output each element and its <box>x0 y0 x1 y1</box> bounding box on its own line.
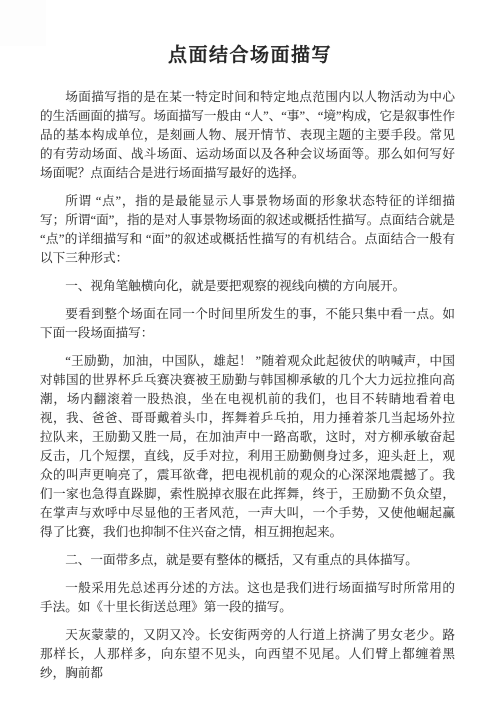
paragraph-example-pingpong: “王励勤，加油，中国队，雄起！ ”随着观众此起彼伏的呐喊声，中国对韩国的世界杯乒… <box>40 352 455 542</box>
document-title: 点面结合场面描写 <box>0 0 500 67</box>
paragraph-point-surface-definition: 所谓 “点”，指的是最能显示人事景物场面的形象状态特征的详细描写；所谓“面”，指… <box>40 192 455 268</box>
paragraph-scene-definition: 场面描写指的是在某一特定时间和特定地点范围内以人物活动为中心的生活画面的描写。场… <box>40 88 455 183</box>
heading-form-two: 二、一面带多点，就是要有整体的概括，又有重点的具体描写。 <box>40 551 455 570</box>
document-body: 场面描写指的是在某一特定时间和特定地点范围内以人物活动为中心的生活画面的描写。场… <box>40 88 455 683</box>
scan-artifact-corner <box>0 0 46 46</box>
paragraph-example-changan-street: 天灰蒙蒙的，又阴又冷。长安街两旁的人行道上挤满了男女老少。路那样长，人那样多，向… <box>40 626 455 683</box>
document-page: 点面结合场面描写 场面描写指的是在某一特定时间和特定地点范围内以人物活动为中心的… <box>0 0 500 708</box>
paragraph-form-one-explain: 要看到整个场面在同一个时间里所发生的事，不能只集中看一点。如下面一段场面描写： <box>40 305 455 343</box>
paragraph-form-two-explain: 一般采用先总述再分述的方法。这也是我们进行场面描写时所常用的手法。如《十里长街送… <box>40 579 455 617</box>
heading-form-one: 一、视角笔触横向化，就是要把观察的视线向横的方向展开。 <box>40 277 455 296</box>
